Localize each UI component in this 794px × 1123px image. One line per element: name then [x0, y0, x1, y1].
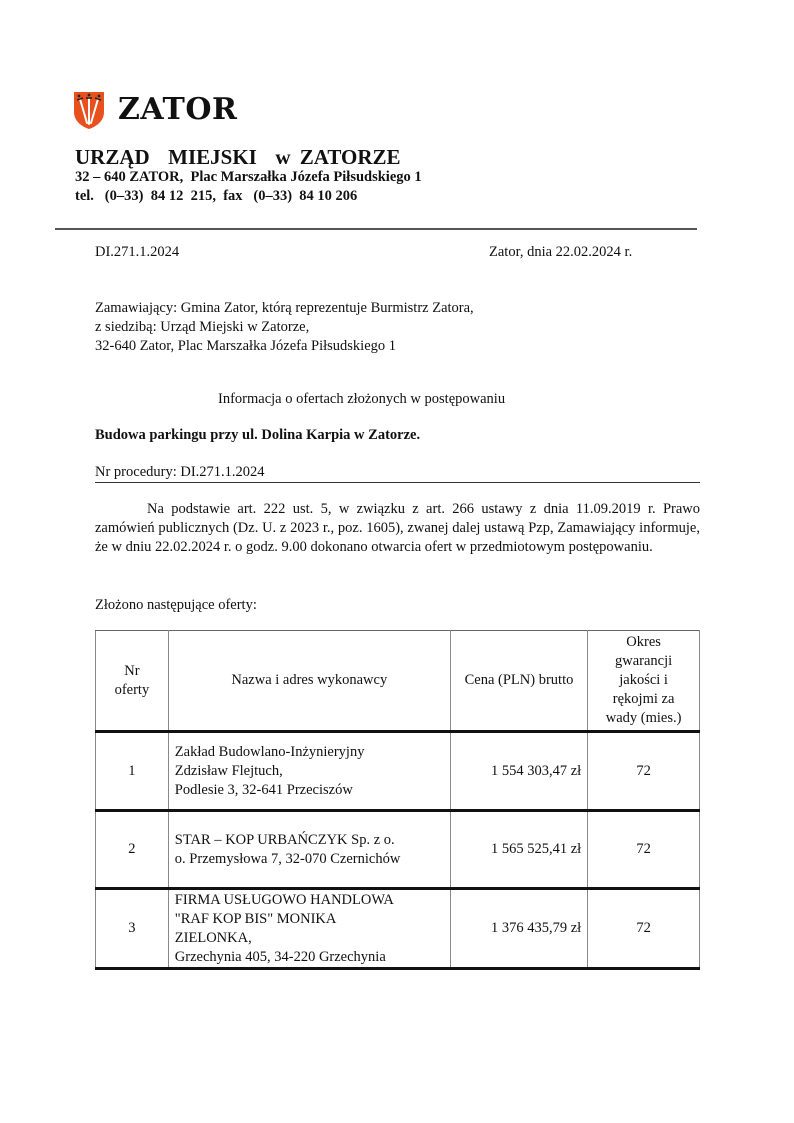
- header-contractor: Nazwa i adres wykonawcy: [168, 631, 450, 732]
- offer-warranty: 72: [588, 889, 700, 969]
- header-divider: [55, 228, 697, 230]
- offer-contractor: FIRMA USŁUGOWO HANDLOWA "RAF KOP BIS" MO…: [168, 889, 450, 969]
- offers-table: Nr oferty Nazwa i adres wykonawcy Cena (…: [95, 630, 700, 970]
- legal-basis-paragraph: Na podstawie art. 222 ust. 5, w związku …: [95, 500, 700, 557]
- logo-text: ZATOR: [118, 95, 237, 125]
- offer-contractor: STAR – KOP URBAŃCZYK Sp. z o. o. Przemys…: [168, 811, 450, 889]
- table-row: 2 STAR – KOP URBAŃCZYK Sp. z o. o. Przem…: [96, 811, 700, 889]
- offers-intro: Złożono następujące oferty:: [95, 596, 257, 615]
- table-row: 1 Zakład Budowlano-Inżynieryjny Zdzisław…: [96, 732, 700, 811]
- offer-number: 3: [96, 889, 169, 969]
- header-price: Cena (PLN) brutto: [450, 631, 587, 732]
- zator-coat-of-arms-icon: [73, 90, 105, 130]
- offer-price: 1 554 303,47 zł: [450, 732, 587, 811]
- office-phone-fax: tel. (0–33) 84 12 215, fax (0–33) 84 10 …: [75, 188, 357, 205]
- offer-number: 2: [96, 811, 169, 889]
- reference-number: DI.271.1.2024: [95, 243, 179, 262]
- office-name: URZĄD MIEJSKI w ZATORZE: [75, 145, 401, 170]
- procedure-number: Nr procedury: DI.271.1.2024: [95, 463, 265, 482]
- procurement-subject: Budowa parkingu przy ul. Dolina Karpia w…: [95, 426, 420, 445]
- offer-warranty: 72: [588, 811, 700, 889]
- procedure-divider: [95, 482, 700, 483]
- letterhead-logo: ZATOR: [73, 90, 237, 130]
- offer-contractor: Zakład Budowlano-Inżynieryjny Zdzisław F…: [168, 732, 450, 811]
- header-warranty: Okres gwarancji jakości i rękojmi za wad…: [588, 631, 700, 732]
- document-title: Informacja o ofertach złożonych w postęp…: [218, 390, 505, 409]
- office-address: 32 – 640 ZATOR, Plac Marszałka Józefa Pi…: [75, 169, 422, 186]
- place-date: Zator, dnia 22.02.2024 r.: [489, 243, 632, 262]
- table-header-row: Nr oferty Nazwa i adres wykonawcy Cena (…: [96, 631, 700, 732]
- offer-warranty: 72: [588, 732, 700, 811]
- client-info: Zamawiający: Gmina Zator, którą reprezen…: [95, 299, 474, 356]
- offer-price: 1 376 435,79 zł: [450, 889, 587, 969]
- header-number: Nr oferty: [96, 631, 169, 732]
- offer-number: 1: [96, 732, 169, 811]
- offer-price: 1 565 525,41 zł: [450, 811, 587, 889]
- table-row: 3 FIRMA USŁUGOWO HANDLOWA "RAF KOP BIS" …: [96, 889, 700, 969]
